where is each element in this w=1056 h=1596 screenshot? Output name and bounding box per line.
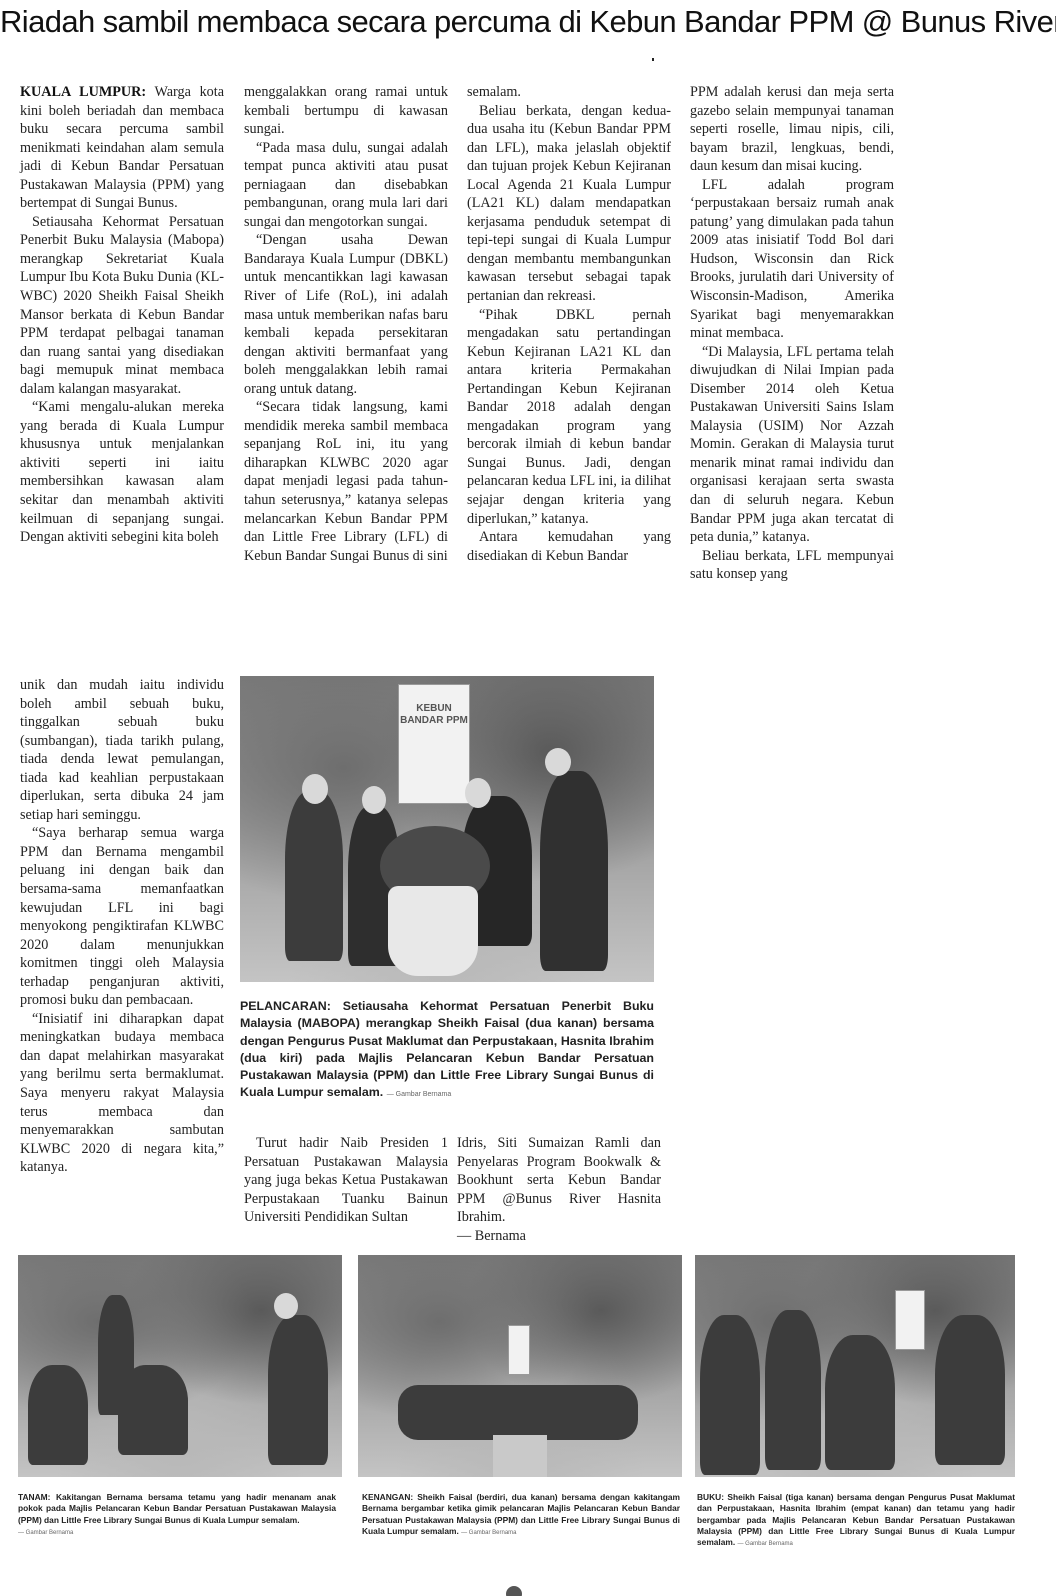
- paragraph: “Inisiatif ini diharapkan dapat meningka…: [20, 1010, 224, 1177]
- bottom-photo-tanam: [18, 1255, 342, 1477]
- paragraph: Beliau berkata, LFL mempunyai satu konse…: [690, 547, 894, 584]
- paragraph: Idris, Siti Sumaizan Ramli dan Penyelara…: [457, 1134, 661, 1227]
- article-column-1: KUALA LUMPUR: Warga kota kini boleh beri…: [20, 83, 224, 547]
- paragraph: “Pada masa dulu, sungai adalah tempat pu…: [244, 139, 448, 232]
- person-head: [545, 748, 571, 776]
- article-column-2: menggalakkan orang ramai untuk kembali b…: [244, 83, 448, 565]
- person-figure: [28, 1365, 88, 1465]
- person-figure: [700, 1315, 760, 1475]
- bottom-photo-kenangan: [358, 1255, 682, 1477]
- paragraph: Setiausaha Kehormat Persatuan Penerbit B…: [20, 213, 224, 398]
- main-photo: KEBUN BANDAR PPM: [240, 676, 654, 982]
- person-figure: [540, 771, 608, 971]
- person-figure: [935, 1315, 1005, 1465]
- photo-credit: — Gambar Bernama: [387, 1091, 452, 1098]
- paragraph: PPM adalah kerusi dan meja serta gazebo …: [690, 83, 894, 176]
- paragraph: Beliau berkata, dengan kedua-dua usaha i…: [467, 102, 671, 306]
- article-column-6: Turut hadir Naib Presiden 1 Persatuan Pu…: [244, 1134, 448, 1227]
- paragraph: KUALA LUMPUR: Warga kota kini boleh beri…: [20, 83, 224, 213]
- person-figure: [268, 1315, 328, 1465]
- person-head: [274, 1293, 298, 1319]
- person-head: [302, 774, 328, 804]
- main-photo-caption: PELANCARAN: Setiausaha Kehormat Persatua…: [240, 998, 654, 1104]
- paragraph: “Di Malaysia, LFL pertama telah diwujudk…: [690, 343, 894, 547]
- paragraph: unik dan mudah iaitu individu boleh ambi…: [20, 676, 224, 824]
- person-head: [465, 778, 491, 808]
- paragraph: Antara kemudahan yang disediakan di Kebu…: [467, 528, 671, 565]
- sign: [508, 1325, 530, 1375]
- dateline: KUALA LUMPUR:: [20, 84, 146, 100]
- person-head: [362, 786, 386, 814]
- article-headline: Riadah sambil membaca secara percuma di …: [0, 4, 1056, 40]
- decorative-dot: [652, 58, 654, 61]
- paragraph: “Pihak DBKL pernah mengadakan satu perta…: [467, 306, 671, 529]
- photo-credit: — Gambar Bernama: [738, 1541, 793, 1547]
- article-column-7: Idris, Siti Sumaizan Ramli dan Penyelara…: [457, 1134, 661, 1245]
- paragraph: menggalakkan orang ramai untuk kembali b…: [244, 83, 448, 139]
- group-figures: [398, 1385, 638, 1440]
- caption-buku: BUKU: Sheikh Faisal (tiga kanan) bersama…: [697, 1492, 1015, 1550]
- bottom-photo-buku: [695, 1255, 1015, 1477]
- person-figure: [98, 1295, 134, 1415]
- flower-pot: [388, 886, 478, 976]
- little-free-library-box: [895, 1290, 925, 1350]
- person-figure: [765, 1310, 821, 1470]
- article-column-3: semalam. Beliau berkata, dengan kedua-du…: [467, 83, 671, 565]
- walkway: [493, 1435, 547, 1477]
- paragraph: LFL adalah program ‘perpustakaan bersaiz…: [690, 176, 894, 343]
- person-figure: [285, 791, 343, 961]
- photo-credit: — Gambar Bernama: [18, 1530, 73, 1536]
- paragraph: semalam.: [467, 83, 671, 102]
- paragraph: Turut hadir Naib Presiden 1 Persatuan Pu…: [244, 1134, 448, 1227]
- caption-tanam: TANAM: Kakitangan Bernama bersama tetamu…: [18, 1492, 336, 1539]
- photo-credit: — Gambar Bernama: [461, 1530, 516, 1536]
- paragraph: “Secara tidak langsung, kami mendidik me…: [244, 398, 448, 565]
- person-figure: [825, 1335, 895, 1470]
- caption-kenangan: KENANGAN: Sheikh Faisal (berdiri, dua ka…: [362, 1492, 680, 1539]
- page-marker-icon: [506, 1586, 522, 1596]
- paragraph: “Saya berharap semua warga PPM dan Berna…: [20, 824, 224, 1009]
- article-column-5: unik dan mudah iaitu individu boleh ambi…: [20, 676, 224, 1177]
- article-column-4: PPM adalah kerusi dan meja serta gazebo …: [690, 83, 894, 584]
- paragraph: “Dengan usaha Dewan Bandaraya Kuala Lump…: [244, 231, 448, 398]
- paragraph: “Kami mengalu-alukan mereka yang berada …: [20, 398, 224, 546]
- kebun-bandar-sign: KEBUN BANDAR PPM: [398, 684, 470, 804]
- paragraph-signoff: — Bernama: [457, 1227, 661, 1246]
